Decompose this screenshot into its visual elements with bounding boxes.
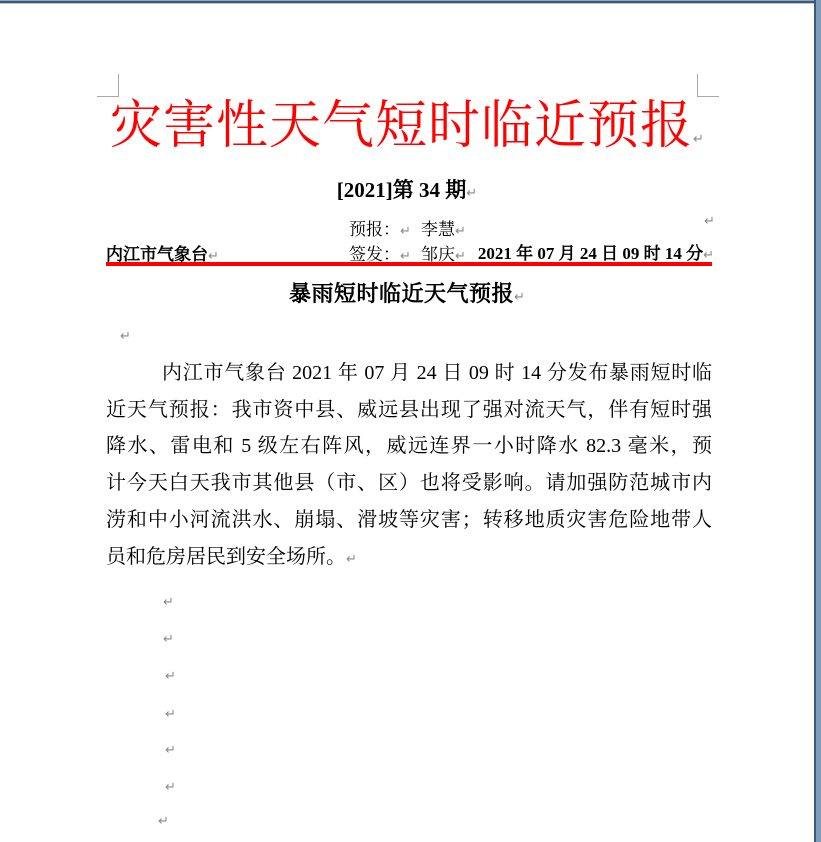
paragraph-mark-icon: ↵ xyxy=(704,215,715,228)
red-separator-rule xyxy=(106,262,712,266)
paragraph-mark-icon: ↵ xyxy=(346,552,357,567)
empty-paragraph-mark-icon: ↵ xyxy=(165,708,176,721)
paragraph-mark-icon: ↵ xyxy=(693,132,704,147)
forecaster-name: 李慧↵ xyxy=(421,215,466,240)
forecaster-label: 预报：↵ xyxy=(349,215,411,240)
body-line: 内江市气象台 2021 年 07 月 24 日 09 时 14 分发布暴雨短时临 xyxy=(106,355,712,392)
body-line: 近天气预报：我市资中县、威远县出现了强对流天气，伴有短时强 xyxy=(106,392,712,429)
issue-number-line: [2021]第 34 期↵ xyxy=(0,174,814,204)
paragraph-mark-icon: ↵ xyxy=(466,186,477,201)
document-title: 灾害性天气短时临近预报↵ xyxy=(0,94,814,173)
section-heading: 暴雨短时临近天气预报↵ xyxy=(0,277,814,308)
body-line: 计今天白天我市其他县（市、区）也将受影响。请加强防范城市内 xyxy=(106,465,712,502)
document-title-text: 灾害性天气短时临近预报 xyxy=(110,98,693,155)
paragraph-mark-icon: ↵ xyxy=(514,290,525,305)
line-break-mark-icon: ↵ xyxy=(455,224,466,239)
empty-paragraph-mark-icon: ↵ xyxy=(120,330,131,343)
tab-mark-icon: ↵ xyxy=(400,224,411,239)
empty-paragraph-mark-icon: ↵ xyxy=(165,781,176,794)
empty-paragraph-mark-icon: ↵ xyxy=(163,633,174,646)
paragraph-mark-icon: ↵ xyxy=(703,248,714,263)
empty-paragraph-mark-icon: ↵ xyxy=(158,815,169,828)
window-right-edge xyxy=(814,0,821,842)
issue-number-text: [2021]第 34 期 xyxy=(337,178,467,202)
document-page[interactable]: 灾害性天气短时临近预报↵ [2021]第 34 期↵ 预报：↵ 李慧↵ ↵ 内江… xyxy=(0,0,821,842)
body-line: 降水、雷电和 5 级左右阵风，威远连界一小时降水 82.3 毫米，预 xyxy=(106,428,712,465)
body-line: 员和危房居民到安全场所。↵ xyxy=(106,539,712,579)
body-line: 涝和中小河流洪水、崩塌、滑坡等灾害；转移地质灾害危险地带人 xyxy=(106,502,712,539)
window-top-edge xyxy=(0,0,821,4)
issue-datetime: 2021 年 07 月 24 日 09 时 14 分↵ xyxy=(478,239,714,264)
section-heading-text: 暴雨短时临近天气预报 xyxy=(289,281,514,306)
body-paragraph[interactable]: 内江市气象台 2021 年 07 月 24 日 09 时 14 分发布暴雨短时临… xyxy=(106,355,712,578)
empty-paragraph-mark-icon: ↵ xyxy=(163,596,174,609)
empty-paragraph-mark-icon: ↵ xyxy=(165,744,176,757)
empty-paragraph-mark-icon: ↵ xyxy=(165,670,176,683)
